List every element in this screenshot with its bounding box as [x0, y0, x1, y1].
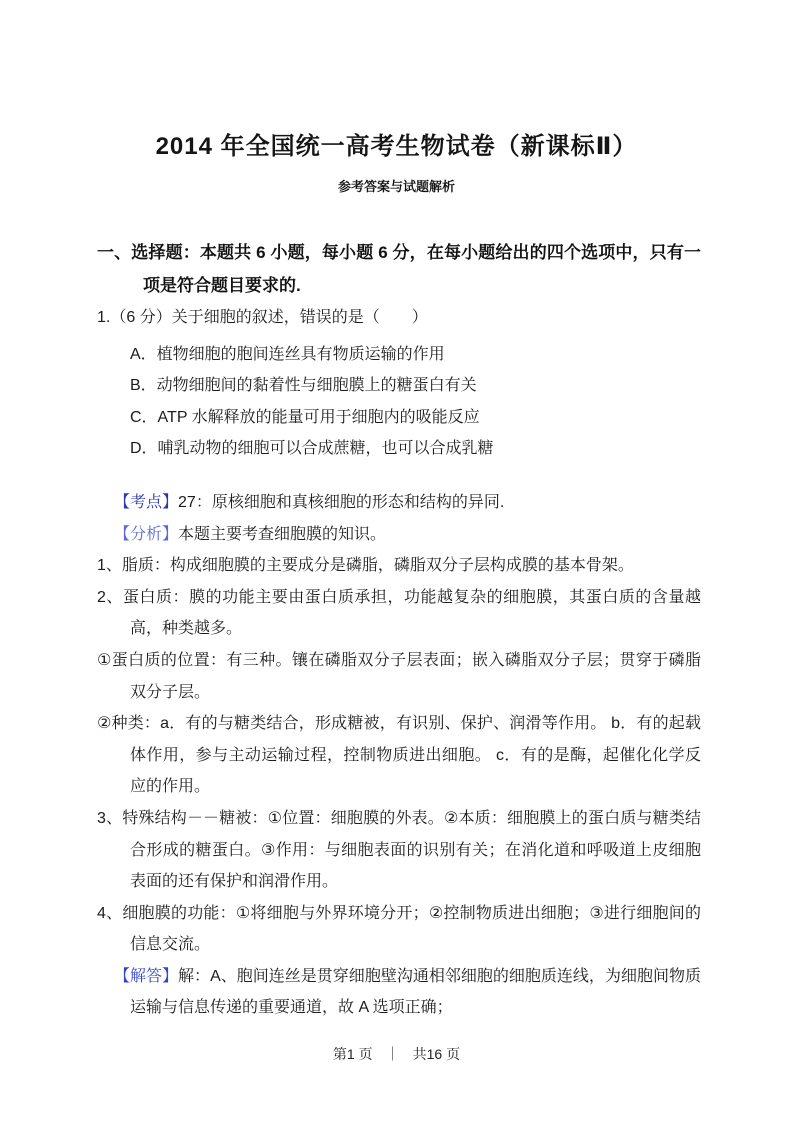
footer-total-pages: 共16 页: [413, 1046, 460, 1062]
page-title: 2014 年全国统一高考生物试卷（新课标Ⅱ）: [0, 0, 793, 164]
page-footer: 第1 页｜共16 页: [0, 1044, 793, 1064]
jieda-label: 【解答】: [114, 968, 178, 985]
analysis-paragraph-6: 4、细胞膜的功能：①将细胞与外界环境分开；②控制物质进出细胞；③进行细胞间的信息…: [97, 898, 701, 961]
question-stem: 1.（6 分）关于细胞的叙述，错误的是（ ）: [97, 302, 701, 334]
jieda-paragraph: 【解答】解：A、胞间连丝是贯穿细胞壁沟通相邻细胞的细胞质连线，为细胞间物质运输与…: [97, 961, 701, 1024]
section-heading: 一、选择题：本题共 6 小题，每小题 6 分，在每小题给出的四个选项中，只有一项…: [97, 236, 701, 302]
analysis-paragraph-3: ①蛋白质的位置：有三种。镶在磷脂双分子层表面；嵌入磷脂双分子层；贯穿于磷脂双分子…: [97, 645, 701, 708]
analysis-paragraph-4: ②种类：a．有的与糖类结合，形成糖被，有识别、保护、润滑等作用。 b．有的起载体…: [97, 708, 701, 803]
exam-document-page: 2014 年全国统一高考生物试卷（新课标Ⅱ） 参考答案与试题解析 一、选择题：本…: [0, 0, 793, 1122]
footer-separator: ｜: [386, 1046, 400, 1062]
jieda-text: 解：A、胞间连丝是贯穿细胞壁沟通相邻细胞的细胞质连线，为细胞间物质运输与信息传递…: [130, 968, 701, 1017]
fenxi-label: 【分析】: [114, 526, 178, 543]
fenxi-line: 【分析】本题主要考查细胞膜的知识。: [97, 519, 701, 551]
kaodian-line: 【考点】27：原核细胞和真核细胞的形态和结构的异同.: [97, 487, 701, 519]
option-c: C．ATP 水解释放的能量可用于细胞内的吸能反应: [130, 402, 701, 434]
options-list: A．植物细胞的胞间连丝具有物质运输的作用 B．动物细胞间的黏着性与细胞膜上的糖蛋…: [130, 339, 701, 465]
kaodian-text: 27：原核细胞和真核细胞的形态和结构的异同.: [178, 494, 504, 511]
analysis-paragraph-2: 2、蛋白质：膜的功能主要由蛋白质承担，功能越复杂的细胞膜，其蛋白质的含量越高，种…: [97, 582, 701, 645]
page-content: 一、选择题：本题共 6 小题，每小题 6 分，在每小题给出的四个选项中，只有一项…: [97, 236, 701, 1024]
fenxi-text: 本题主要考查细胞膜的知识。: [178, 526, 386, 543]
option-b: B．动物细胞间的黏着性与细胞膜上的糖蛋白有关: [130, 370, 701, 402]
page-subtitle: 参考答案与试题解析: [0, 179, 793, 194]
option-a: A．植物细胞的胞间连丝具有物质运输的作用: [130, 339, 701, 371]
footer-page-number: 第1 页: [333, 1046, 373, 1062]
kaodian-label: 【考点】: [114, 494, 178, 511]
analysis-paragraph-5: 3、特殊结构－－糖被：①位置：细胞膜的外表。②本质：细胞膜上的蛋白质与糖类结合形…: [97, 803, 701, 898]
option-d: D．哺乳动物的细胞可以合成蔗糖，也可以合成乳糖: [130, 433, 701, 465]
analysis-paragraph-1: 1、脂质：构成细胞膜的主要成分是磷脂，磷脂双分子层构成膜的基本骨架。: [97, 550, 701, 582]
